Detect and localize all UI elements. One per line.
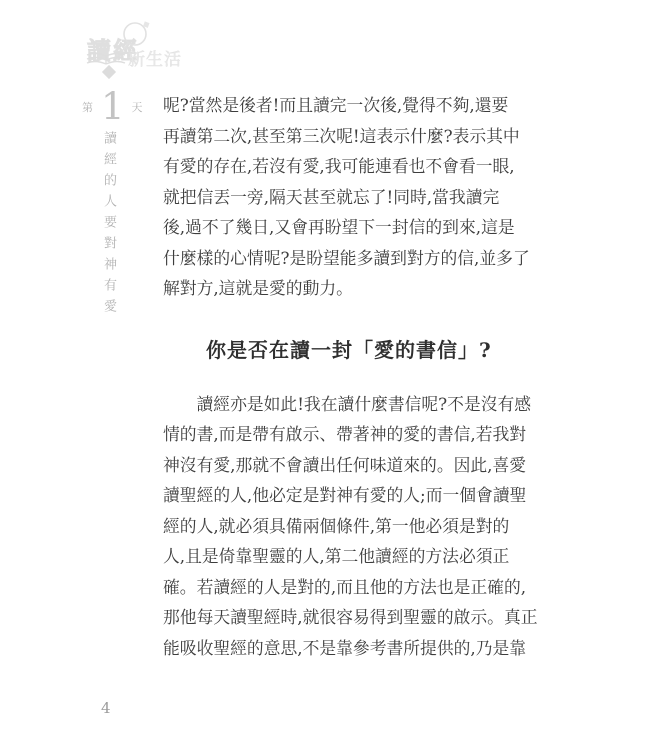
section-heading: 你是否在讀一封「愛的書信」? [206,335,573,365]
chapter-marker: 第 1 天 [82,88,144,126]
body-line: 能吸收聖經的意思,不是靠參考書所提供的,乃是靠 [163,633,573,664]
body-line: 那他每天讀聖經時,就很容易得到聖靈的啟示。真正 [163,602,573,633]
body-line: 人,且是倚靠聖靈的人,第二他讀經的方法必須正 [163,541,573,572]
body-line: 後,過不了幾日,又會再盼望下一封信的到來,這是 [163,212,573,243]
body-line: 讀聖經的人,他必定是對神有愛的人;而一個會讀聖 [163,480,573,511]
body-line: 神沒有愛,那就不會讀出任何味道來的。因此,喜愛 [163,450,573,481]
chapter-suffix: 天 [132,99,144,115]
brand-logo: 讀經 新生活 [85,20,195,82]
main-text-column: 呢?當然是後者!而且讀完一次後,覺得不夠,還要 再讀第二次,甚至第三次呢!這表示… [163,90,573,663]
chapter-title-vertical: 讀經的人要對神有愛 [96,131,118,341]
body-line: 再讀第二次,甚至第三次呢!這表示什麼?表示其中 [163,121,573,152]
body-line: 就把信丟一旁,隔天甚至就忘了!同時,當我讀完 [163,182,573,213]
chapter-number: 1 [101,88,125,126]
chapter-prefix: 第 [82,99,94,115]
body-line: 解對方,這就是愛的動力。 [163,273,573,304]
body-line: 確。若讀經的人是對的,而且他的方法也是正確的, [163,572,573,603]
paragraph-1: 呢?當然是後者!而且讀完一次後,覺得不夠,還要 再讀第二次,甚至第三次呢!這表示… [163,90,573,304]
body-line: 情的書,而是帶有啟示、帶著神的愛的書信,若我對 [163,419,573,450]
body-line: 讀經亦是如此!我在讀什麼書信呢?不是沒有感 [163,389,573,420]
book-page: 讀經 新生活 第 1 天 讀經的人要對神有愛 呢?當然是後者!而且讀完一次後,覺… [0,0,650,750]
body-line: 有愛的存在,若沒有愛,我可能連看也不會看一眼, [163,151,573,182]
paragraph-2: 讀經亦是如此!我在讀什麼書信呢?不是沒有感 情的書,而是帶有啟示、帶著神的愛的書… [163,389,573,664]
body-line: 什麼樣的心情呢?是盼望能多讀到對方的信,並多了 [163,243,573,274]
page-number: 4 [101,699,111,717]
logo-title-bottom: 新生活 [128,45,182,70]
body-line: 呢?當然是後者!而且讀完一次後,覺得不夠,還要 [163,90,573,121]
body-line: 經的人,就必須具備兩個條件,第一他必須是對的 [163,511,573,542]
